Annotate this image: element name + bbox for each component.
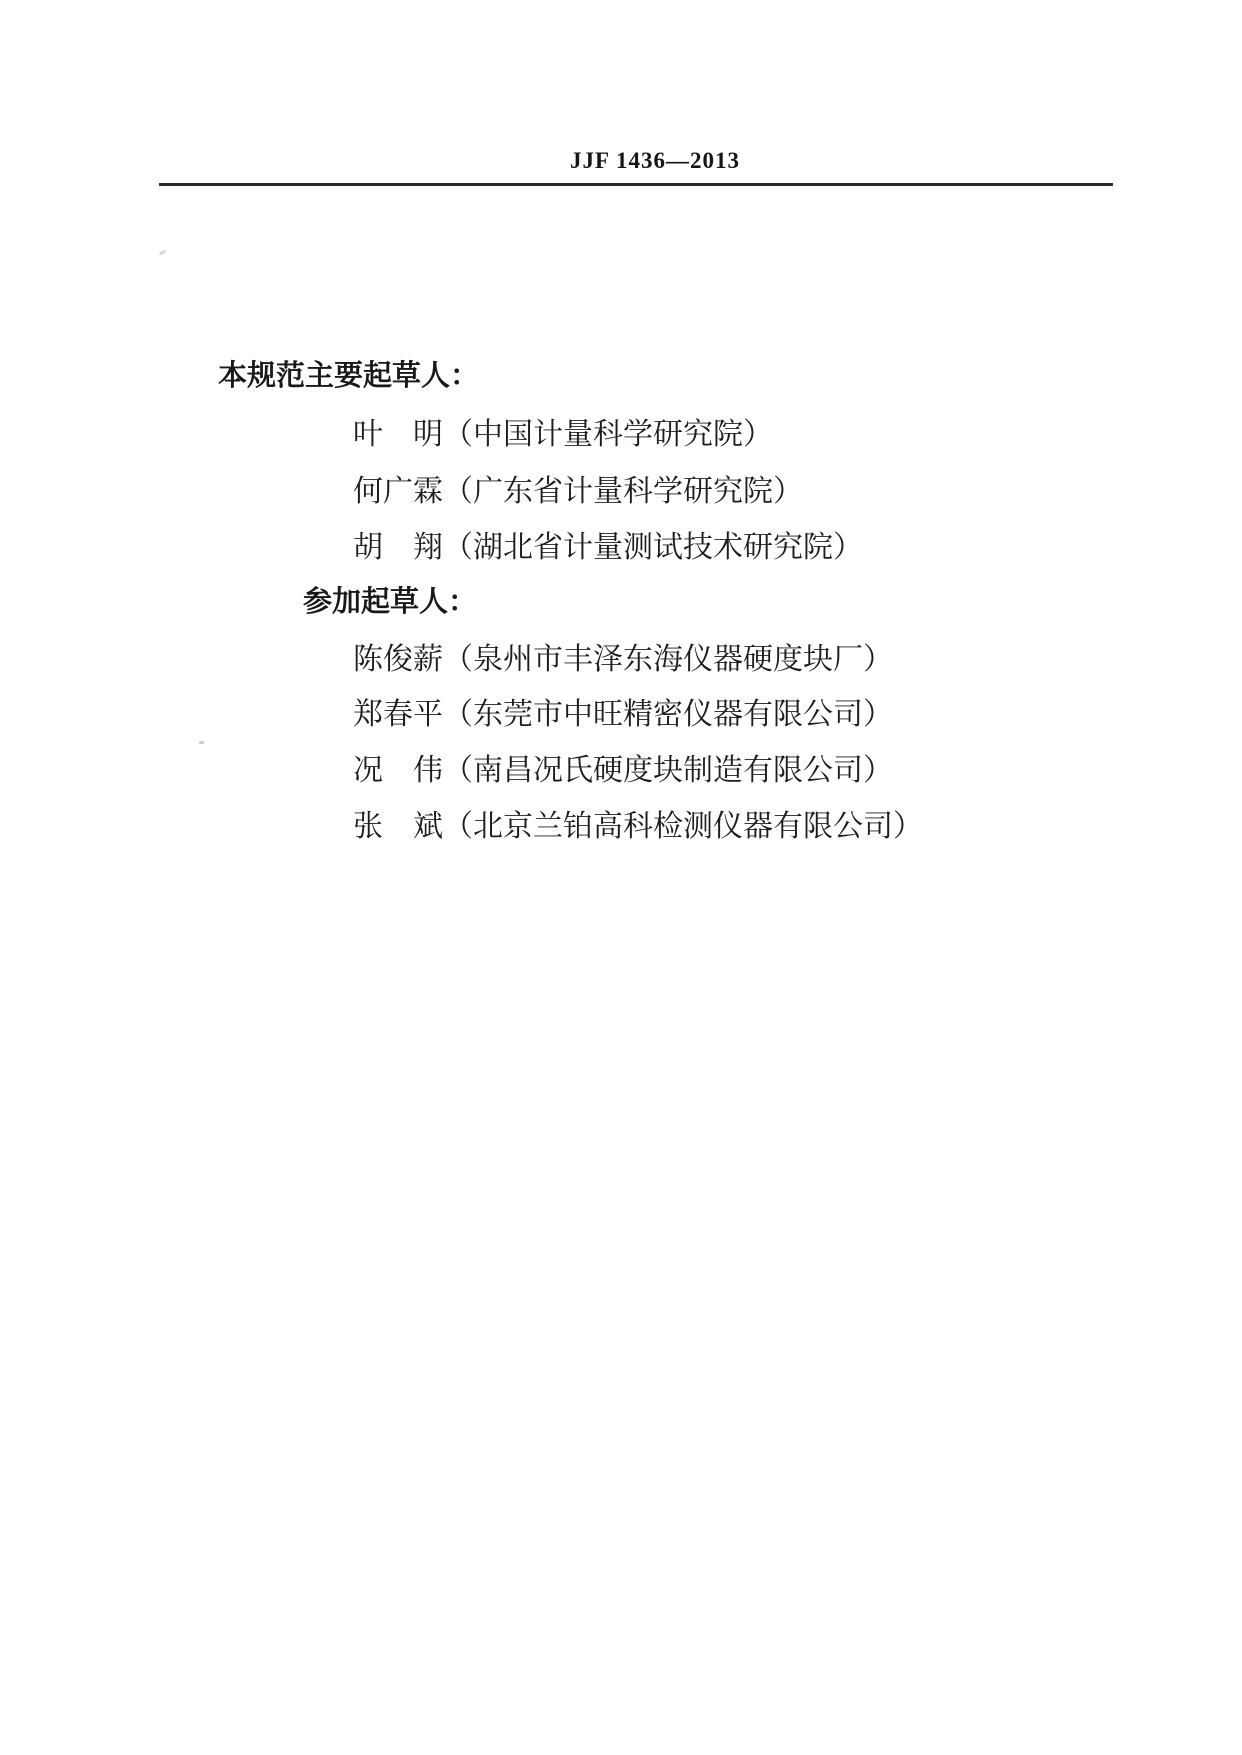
- header-doc-code: JJF 1436—2013: [34, 149, 1242, 172]
- drafter-line: 张 斌（北京兰铂高科检测仪器有限公司）: [353, 812, 923, 842]
- drafter-name: 陈俊薪: [353, 643, 443, 676]
- drafter-org: （广东省计量科学研究院）: [443, 475, 803, 508]
- scan-speck: [159, 249, 167, 255]
- drafter-name: 张 斌: [353, 810, 443, 843]
- drafter-line: 况 伟（南昌况氏硬度块制造有限公司）: [353, 756, 893, 786]
- header-rule: [159, 183, 1113, 186]
- drafter-name: 何广霖: [353, 475, 443, 508]
- drafter-line: 叶 明（中国计量科学研究院）: [353, 420, 773, 450]
- scan-speck: [199, 741, 204, 744]
- drafter-name: 况 伟: [353, 754, 443, 787]
- document-page: JJF 1436—2013 本规范主要起草人： 叶 明（中国计量科学研究院） 何…: [0, 0, 1242, 1755]
- participating-drafters-label: 参加起草人：: [303, 588, 477, 617]
- drafter-org: （泉州市丰泽东海仪器硬度块厂）: [443, 643, 893, 676]
- drafter-line: 陈俊薪（泉州市丰泽东海仪器硬度块厂）: [353, 645, 893, 675]
- drafter-org: （中国计量科学研究院）: [443, 418, 773, 451]
- main-drafters-label: 本规范主要起草人：: [218, 362, 479, 391]
- drafter-name: 郑春平: [353, 698, 443, 731]
- drafter-line: 何广霖（广东省计量科学研究院）: [353, 477, 803, 507]
- drafter-org: （南昌况氏硬度块制造有限公司）: [443, 754, 893, 787]
- drafter-org: （东莞市中旺精密仪器有限公司）: [443, 698, 893, 731]
- drafter-name: 胡 翔: [353, 531, 443, 564]
- drafter-org: （湖北省计量测试技术研究院）: [443, 531, 863, 564]
- drafter-org: （北京兰铂高科检测仪器有限公司）: [443, 810, 923, 843]
- drafter-line: 胡 翔（湖北省计量测试技术研究院）: [353, 533, 863, 563]
- drafter-name: 叶 明: [353, 418, 443, 451]
- drafter-line: 郑春平（东莞市中旺精密仪器有限公司）: [353, 700, 893, 730]
